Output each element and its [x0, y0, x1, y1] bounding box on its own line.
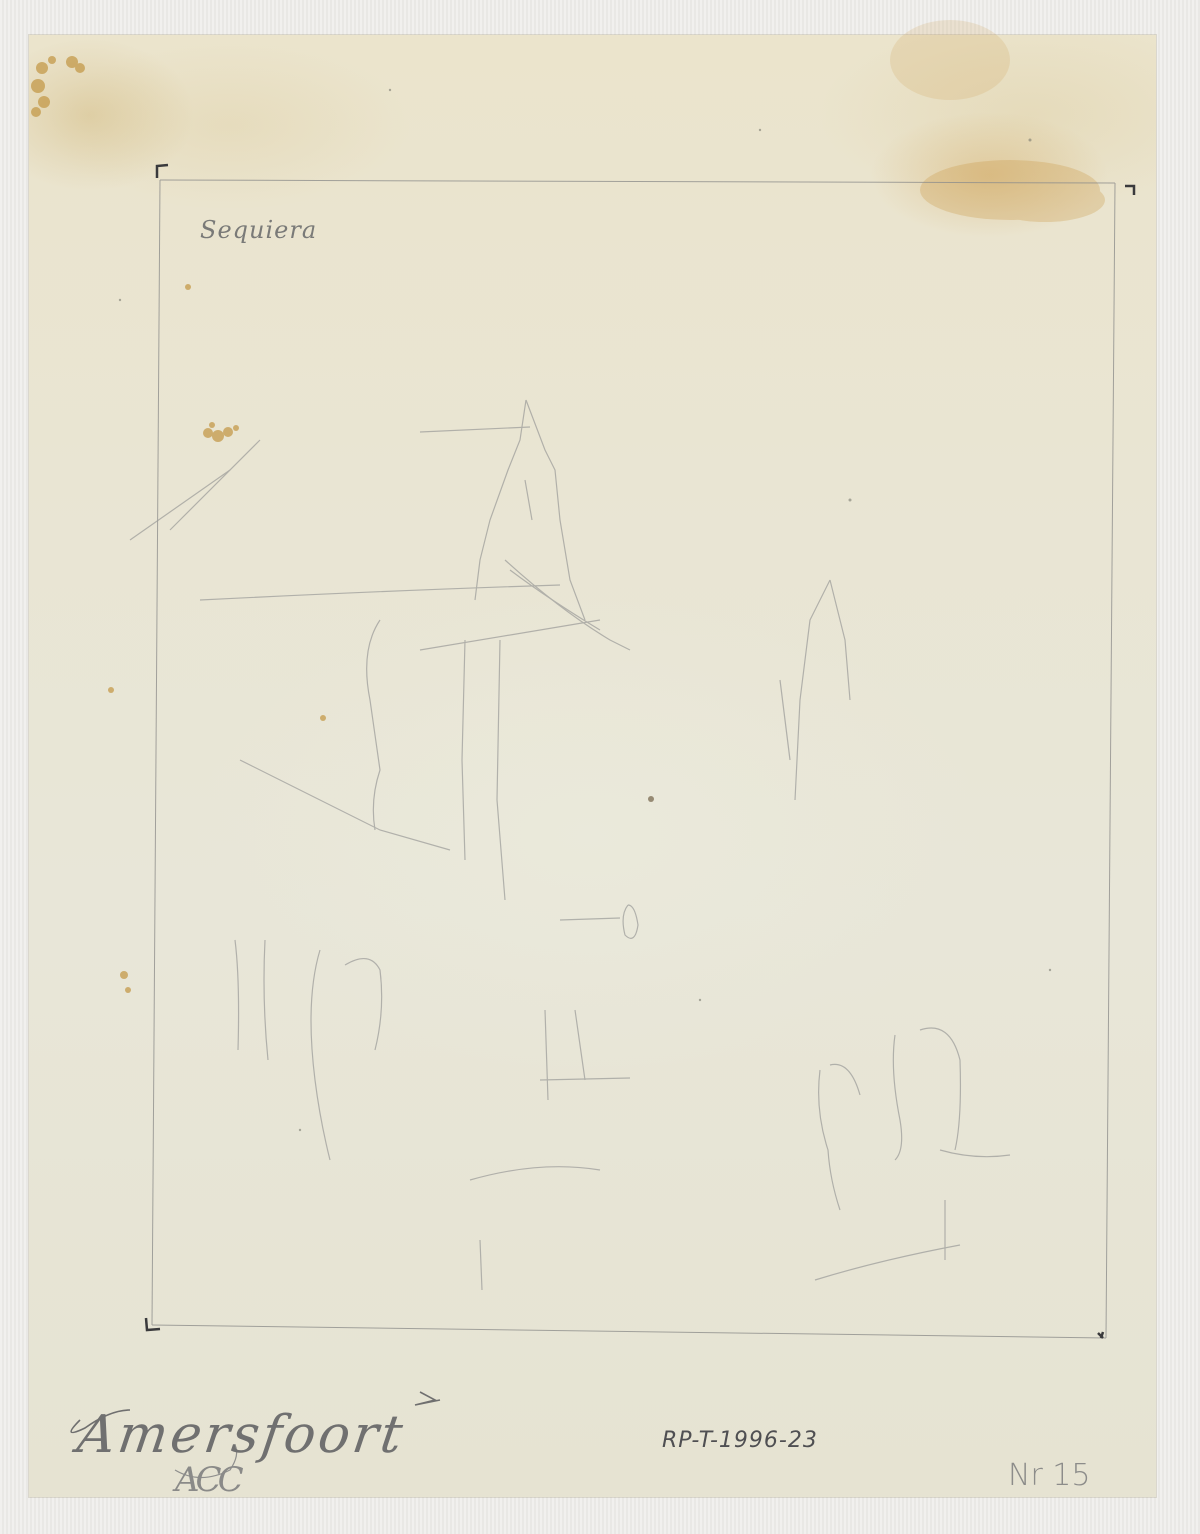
sketch-lines: [130, 400, 1010, 1290]
inscription-monogram: ACC: [175, 1460, 240, 1500]
sheet-number: Nr 15: [1008, 1458, 1091, 1493]
frame-border: [152, 180, 1115, 1338]
corner-marks: [146, 165, 1134, 1338]
graphite-sketch: [0, 0, 1200, 1534]
inscription-place-name: Amersfoort: [74, 1405, 409, 1465]
stain-tr: [890, 20, 1105, 222]
inscription-sequiera: Sequiera: [200, 216, 317, 244]
inventory-number: RP-T-1996-23: [662, 1428, 818, 1453]
specks: [119, 89, 1051, 1131]
